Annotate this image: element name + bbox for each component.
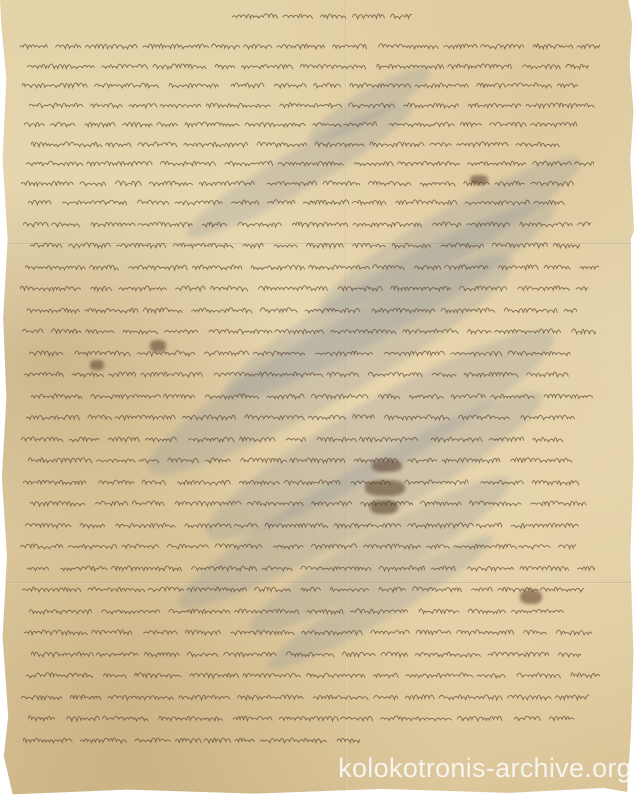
handwriting-line	[22, 325, 596, 337]
handwriting-line	[30, 497, 598, 509]
handwriting-line	[26, 669, 600, 681]
header-line: [illegible Greek handwriting — heading l…	[0, 0, 1, 1]
handwriting-line	[20, 282, 588, 294]
handwriting-line	[20, 540, 576, 552]
handwriting-line	[31, 648, 581, 660]
handwriting-line	[27, 60, 589, 72]
handwriting-line	[20, 40, 600, 52]
handwriting-line	[24, 368, 574, 380]
body-text: [illegible Greek cursive handwriting, ~3…	[0, 0, 1, 1]
handwriting-line	[23, 476, 579, 488]
handwriting-line	[29, 99, 597, 111]
handwriting-line	[29, 605, 573, 617]
handwriting-line	[24, 118, 586, 130]
handwriting-line	[25, 261, 599, 273]
handwriting-line	[23, 734, 360, 746]
handwriting-line	[21, 433, 571, 445]
manuscript-page: [illegible Greek handwriting — heading l…	[0, 0, 636, 796]
handwriting-line	[21, 177, 583, 189]
handwriting-line	[28, 454, 590, 466]
handwriting-line	[30, 239, 580, 251]
handwriting-line	[28, 712, 578, 724]
handwriting-line	[22, 79, 578, 91]
handwriting-line	[29, 347, 585, 359]
handwriting-line	[31, 138, 575, 150]
handwriting-header-line	[232, 10, 412, 22]
handwriting-line	[21, 691, 589, 703]
handwriting-line	[26, 157, 594, 169]
handwriting-line	[24, 626, 592, 638]
handwriting-line	[25, 519, 587, 531]
handwriting-line	[27, 304, 577, 316]
handwriting-line	[31, 390, 593, 402]
handwriting-line	[22, 583, 584, 595]
handwriting-line	[23, 218, 591, 230]
handwriting-line	[27, 562, 595, 574]
closing-mark: [small handwritten flourish at center, a…	[0, 0, 1, 1]
handwriting-line	[28, 196, 572, 208]
watermark: kolokotronis-archive.org	[338, 753, 632, 784]
handwriting-line	[26, 411, 582, 423]
